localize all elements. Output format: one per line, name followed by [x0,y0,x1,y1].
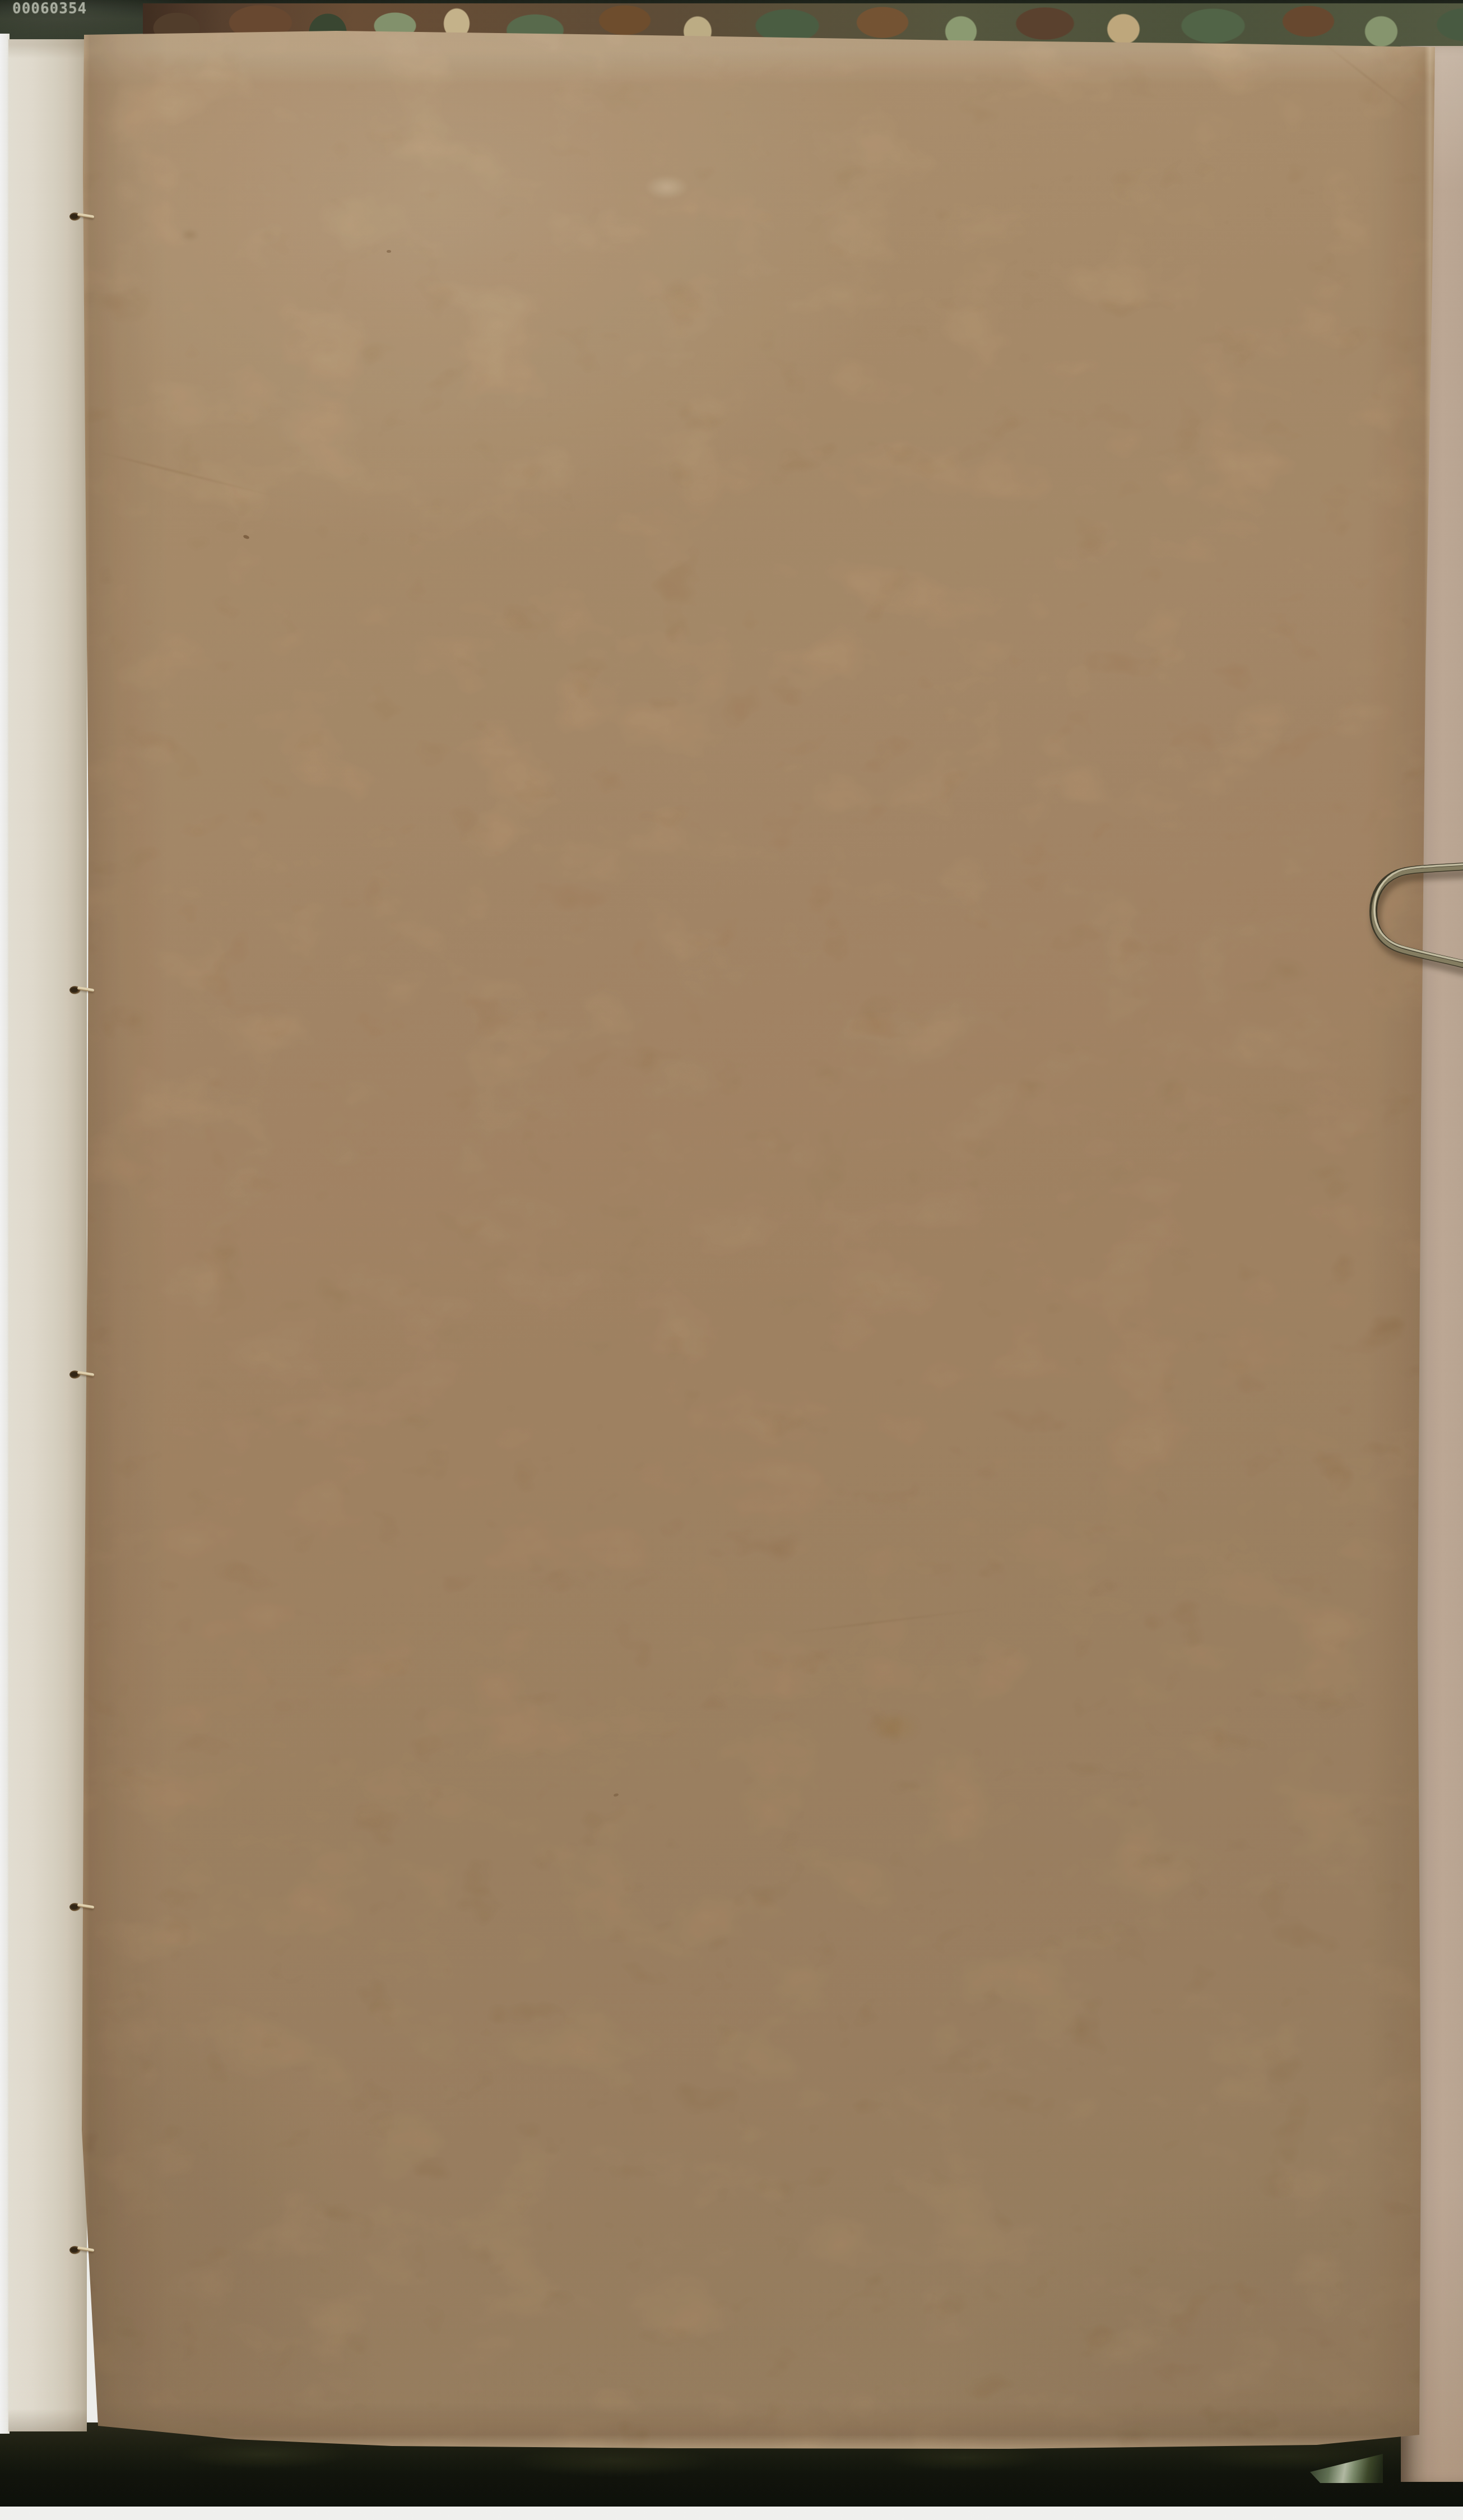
stitch-hole [66,1366,95,1382]
stitch-hole [66,209,95,224]
paperclip [1356,845,1463,980]
book-scan-page: 00060354 [0,0,1463,2520]
stitch-hole [66,2242,95,2258]
paper-blemish [644,175,689,200]
scanner-background-bottom [0,2507,1463,2520]
paper-crease [98,451,278,498]
binding-guard-strip [8,39,87,2431]
paper-texture-overlay [0,0,1463,2520]
stitch-hole [66,982,95,998]
paper-blemish [180,229,199,241]
paper-blemish [387,250,391,253]
paper-blemish [243,534,249,539]
paper-texture-overlay [0,0,1463,2520]
scan-id-label: 00060354 [12,1,87,17]
paper-blemish [614,1793,619,1797]
stitch-hole [66,1899,95,1915]
paper-crease [1318,39,1421,120]
paper-crease [785,1607,997,1634]
blank-page [0,0,1463,2520]
paper-blemish [867,1711,921,1743]
